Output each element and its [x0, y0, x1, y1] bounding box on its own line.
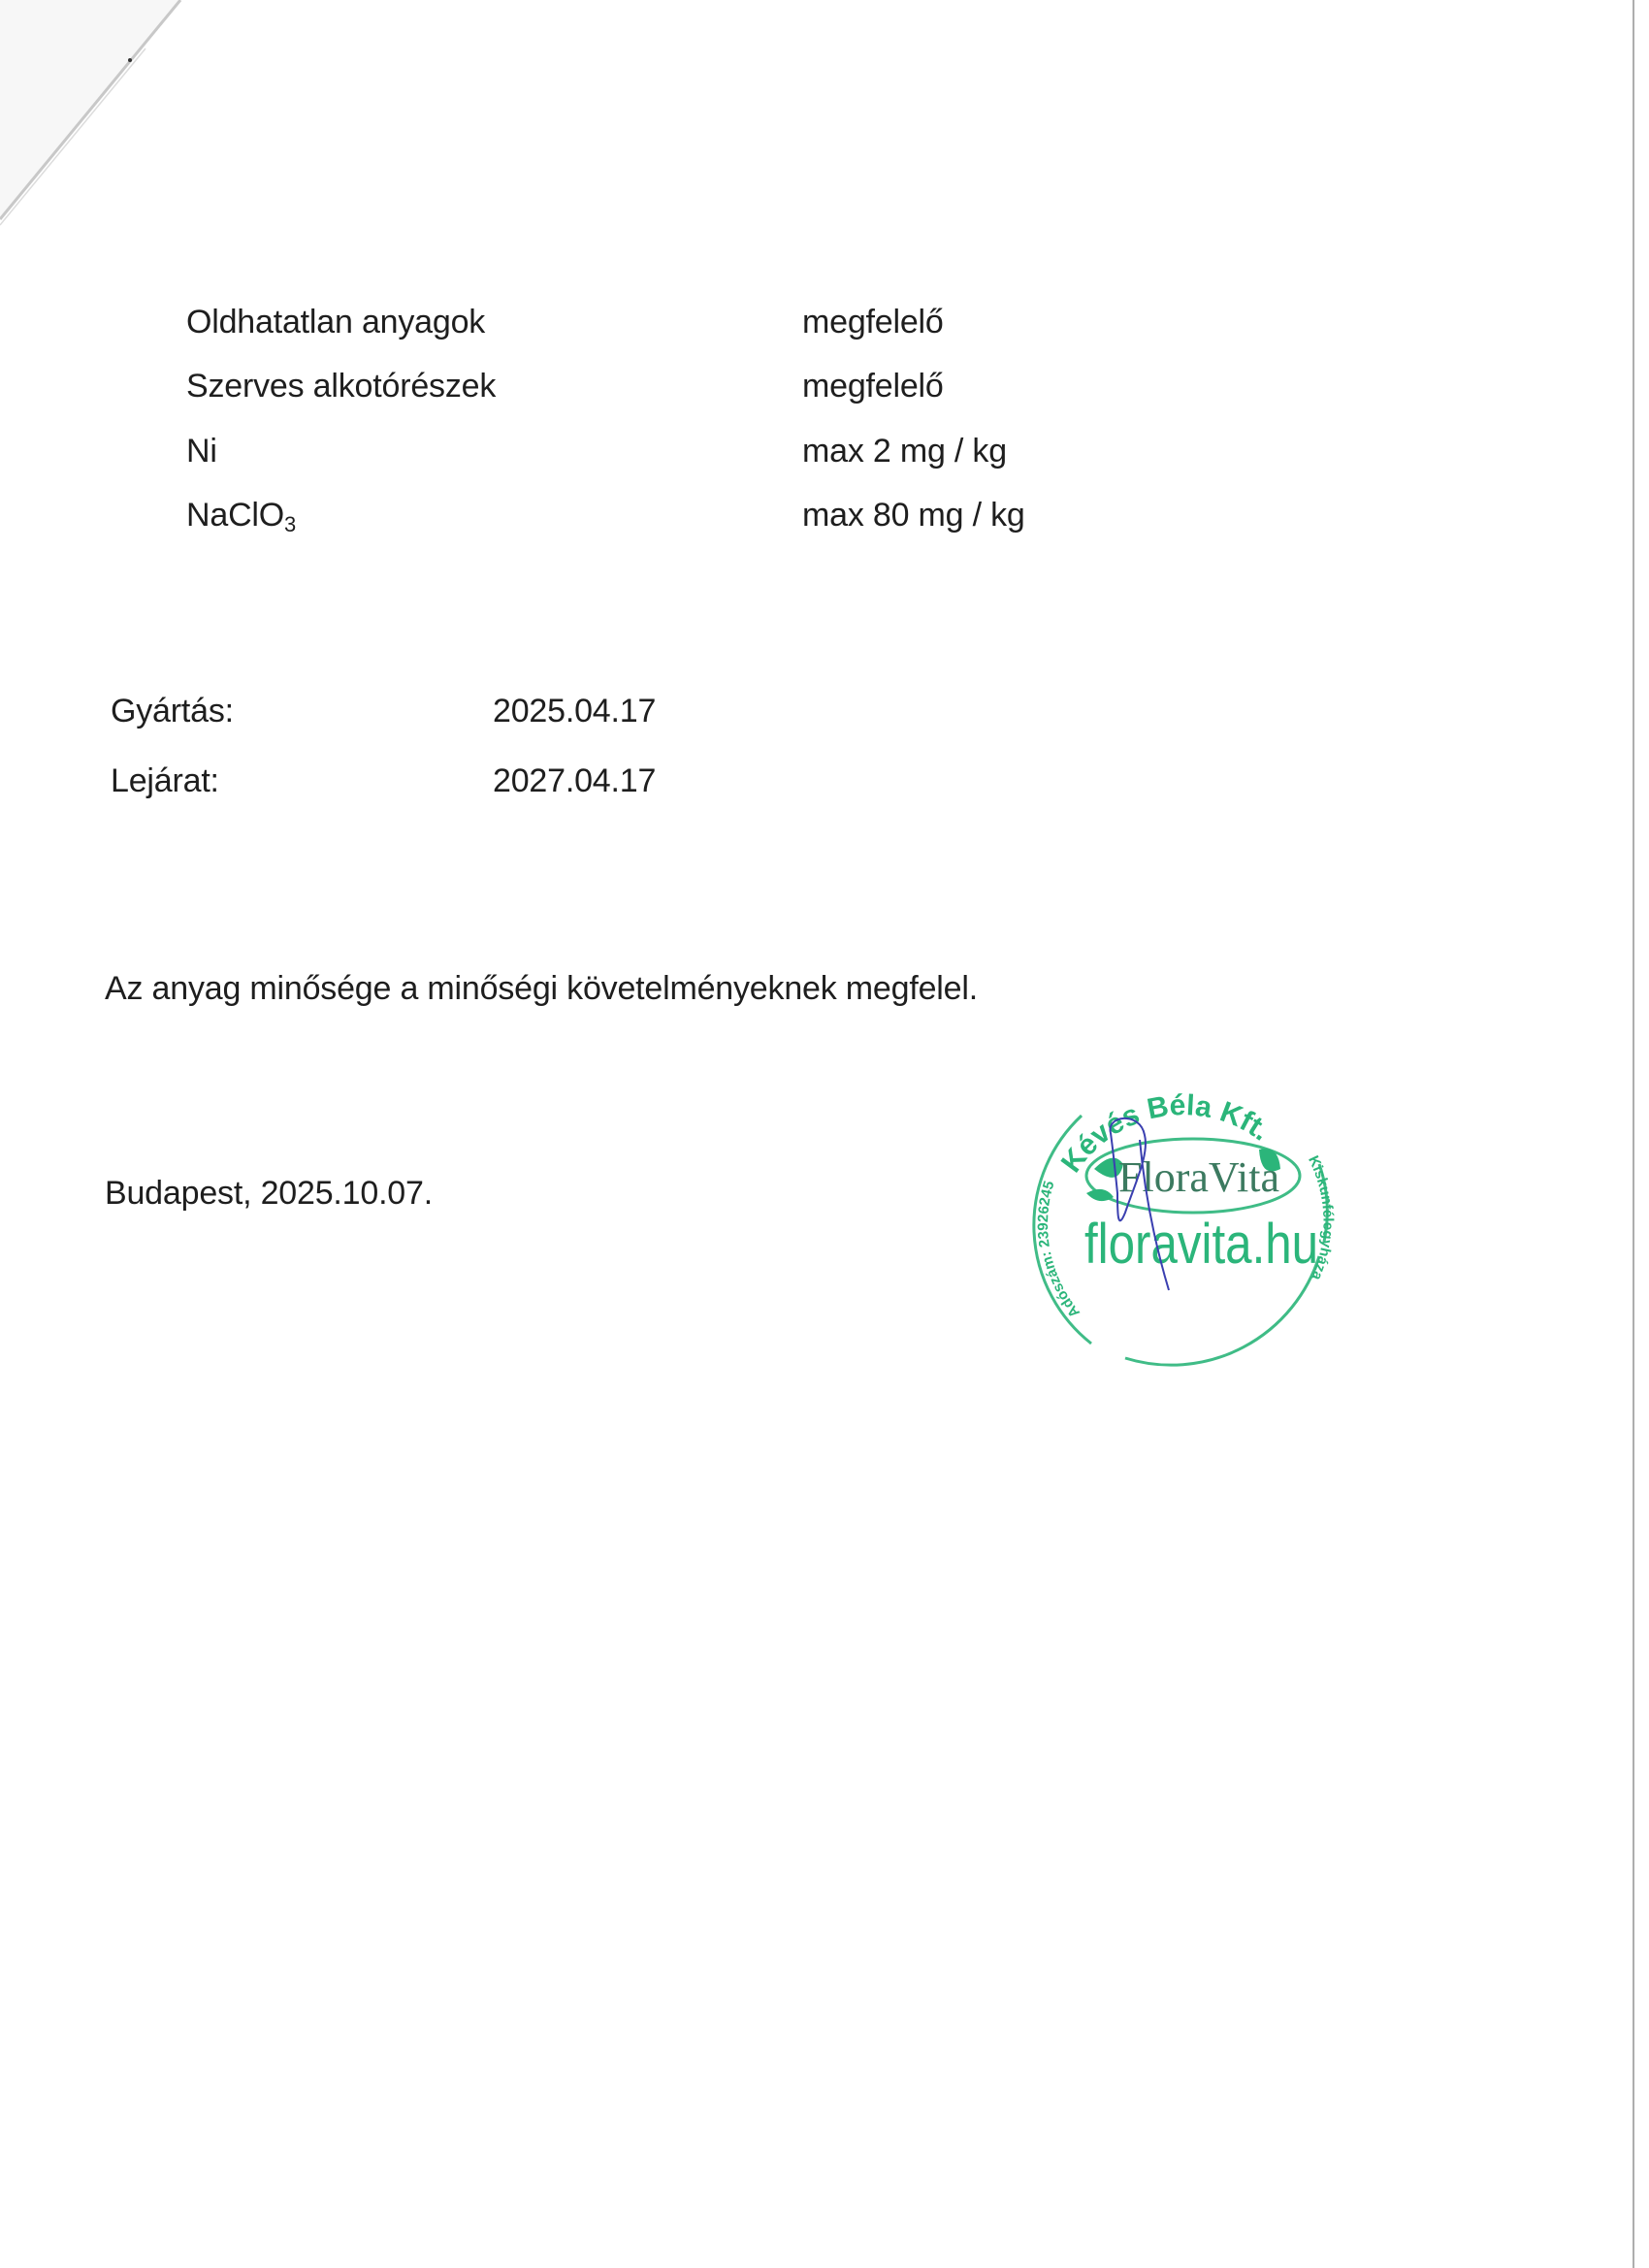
expiry-date: 2027.04.17 — [493, 761, 656, 800]
property-value: max 80 mg / kg — [802, 496, 1025, 535]
formula-subscript: 3 — [284, 512, 296, 536]
property-name: Ni — [186, 432, 217, 470]
property-value: megfelelő — [802, 303, 944, 341]
property-value: megfelelő — [802, 367, 944, 405]
production-label: Gyártás: — [111, 692, 234, 730]
expiry-label: Lejárat: — [111, 761, 219, 800]
formula-main: NaClO — [186, 497, 284, 534]
property-name: Oldhatatlan anyagok — [186, 303, 485, 341]
company-stamp: Kévés Béla Kft. Adószám: 23926245 Kiskun… — [1009, 1048, 1358, 1377]
page-edge — [1633, 0, 1634, 2268]
place-and-date: Budapest, 2025.10.07. — [105, 1174, 433, 1213]
page-fold-corner — [0, 0, 291, 291]
property-value: max 2 mg / kg — [802, 432, 1007, 470]
quality-statement: Az anyag minősége a minőségi követelmény… — [105, 969, 978, 1008]
property-name: Szerves alkotórészek — [186, 367, 496, 405]
property-name: NaClO3 — [186, 496, 296, 544]
svg-text:Adószám: 23926245: Adószám: 23926245 — [1035, 1180, 1083, 1321]
production-date: 2025.04.17 — [493, 692, 656, 730]
stamp-website-text: floravita.hu — [1084, 1213, 1318, 1276]
